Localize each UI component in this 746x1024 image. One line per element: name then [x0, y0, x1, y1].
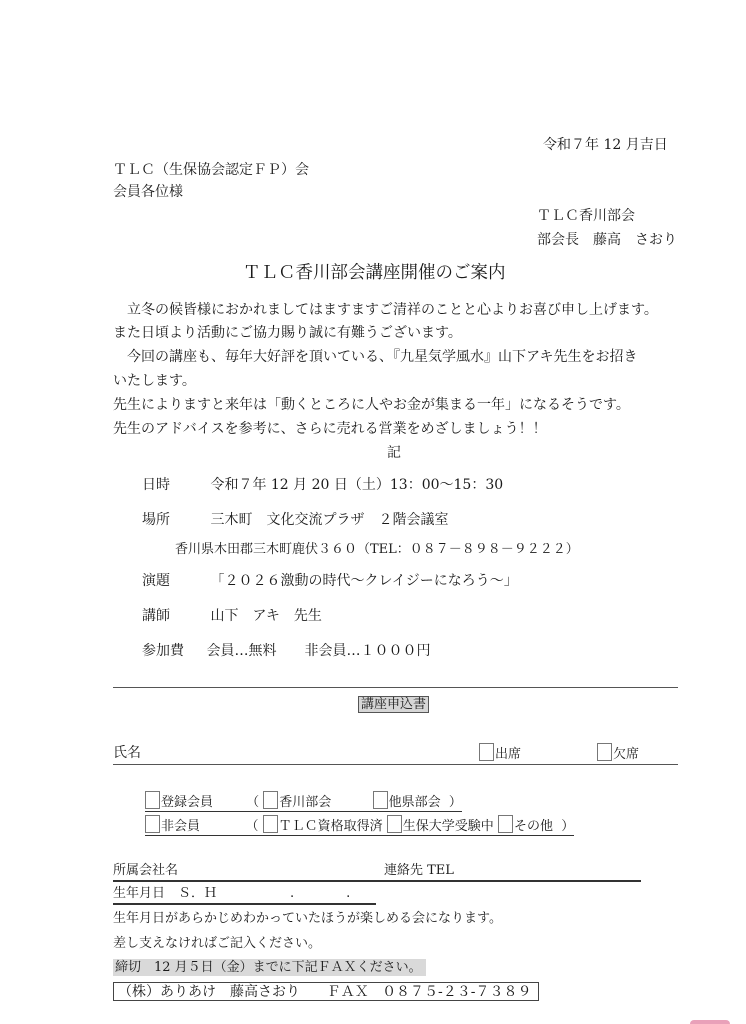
nonmember-checkbox[interactable]: [145, 815, 160, 833]
place-value: 三木町 文化交流プラザ ２階会議室: [210, 512, 448, 528]
registered-member-label: 登録会員: [161, 795, 213, 810]
registered-member-option[interactable]: 登録会員 （ 香川部会 他県部会 ）: [145, 795, 462, 812]
nonmember-row: 非会員 （ ＴＬＣ資格取得済 生保大学受験中 その他 ）: [145, 815, 574, 835]
datetime-value: 令和７年 12 月 20 日（土）13：00～15：30: [210, 477, 503, 493]
ki-notation: 記: [387, 444, 401, 462]
body-line-1: 立冬の候皆様におかれましてはますますご清祥のことと心よりお喜び申し上げます。: [113, 301, 658, 319]
body-line-5: 先生によりますと来年は「動くところに人やお金が集まる一年」になるそうです。: [113, 396, 630, 414]
deadline-text: 締切 12 月５日（金）までに下記ＦＡＸください。: [113, 959, 426, 976]
other-label: その他: [514, 819, 553, 834]
absent-option[interactable]: 欠席: [597, 743, 639, 763]
company-label: 所属会社名: [113, 862, 178, 879]
paren-close: ）: [449, 795, 462, 810]
detail-address: 香川県木田郡三木町鹿伏３６０（TEL：０８７－８９８－９２２２）: [175, 541, 579, 558]
birthdate-label: 生年月日 Ｓ．Ｈ: [113, 885, 217, 902]
attend-checkbox[interactable]: [479, 743, 494, 761]
form-heading-label: 講座申込書: [358, 696, 429, 713]
kagawa-checkbox[interactable]: [263, 791, 278, 809]
fax-contact: （株）ありあけ 藤高さおり ＦＡＸ ０８７５-２３-７３８９: [113, 982, 539, 1001]
document-title: ＴＬＣ香川部会講座開催のご案内: [243, 262, 506, 284]
detail-lecturer: 講師 山下 アキ 先生: [142, 607, 322, 625]
fax-number: ０８７５-２３-７３８９: [382, 984, 531, 1000]
fee-label: 参加費: [142, 642, 202, 660]
recipient: 会員各位様: [113, 183, 183, 201]
place-label: 場所: [142, 511, 206, 529]
note-birthdate: 生年月日があらかじめわかっていたほうが楽しめる会になります。: [113, 910, 502, 927]
paren-open: （: [246, 795, 259, 810]
recipient-organization: ＴＬＣ（生保協会認定ＦＰ）会: [113, 161, 309, 179]
body-line-6: 先生のアドバイスを参考に、さらに売れる営業をめざしましょう！！: [113, 420, 547, 438]
absent-label: 欠席: [613, 747, 639, 762]
fax-recipient: （株）ありあけ 藤高さおり: [118, 984, 300, 1000]
nonmember-label: 非会員: [161, 819, 200, 834]
topic-label: 演題: [142, 572, 206, 590]
fax-contact-box: （株）ありあけ 藤高さおり ＦＡＸ ０８７５-２３-７３８９: [113, 983, 539, 1001]
name-label: 氏名: [113, 744, 141, 762]
member-row: 登録会員 （ 香川部会 他県部会 ）: [145, 791, 462, 811]
corner-mark: [690, 1020, 730, 1024]
birthdate-field[interactable]: [113, 903, 376, 905]
attend-label: 出席: [495, 747, 521, 762]
nonmember-option[interactable]: 非会員 （ ＴＬＣ資格取得済 生保大学受験中 その他 ）: [145, 819, 574, 836]
datetime-label: 日時: [142, 476, 206, 494]
insurance-univ-label: 生保大学受験中: [403, 819, 494, 834]
paren-open-2: （: [245, 819, 258, 834]
kagawa-label: 香川部会: [279, 795, 331, 810]
other-prefecture-label: 他県部会: [389, 795, 441, 810]
body-line-3: 今回の講座も、毎年大好評を頂いている、『九星気学風水』山下アキ先生をお招き: [113, 348, 637, 366]
fax-label: ＦＡＸ: [327, 984, 369, 1000]
insurance-univ-checkbox[interactable]: [387, 815, 402, 833]
company-tel-field[interactable]: [113, 880, 641, 882]
registered-member-checkbox[interactable]: [145, 791, 160, 809]
fee-value: 会員…無料 非会員…１０００円: [206, 643, 430, 659]
section-divider: [113, 687, 678, 688]
tel-label: 連絡先 TEL: [384, 862, 454, 879]
detail-fee: 参加費 会員…無料 非会員…１０００円: [142, 642, 430, 660]
attend-option[interactable]: 出席: [479, 743, 521, 763]
other-prefecture-checkbox[interactable]: [373, 791, 388, 809]
sender-name: 部会長 藤高 さおり: [537, 231, 677, 249]
detail-datetime: 日時 令和７年 12 月 20 日（土）13：00～15：30: [142, 476, 503, 494]
detail-topic: 演題 「２０２６激動の時代～クレイジーになろう～」: [142, 572, 518, 590]
issue-date: 令和７年 12 月吉日: [543, 136, 668, 154]
body-line-4: いたします。: [113, 372, 196, 390]
other-checkbox[interactable]: [498, 815, 513, 833]
paren-close-2: ）: [561, 819, 574, 834]
sender-organization: ＴＬＣ香川部会: [537, 207, 635, 225]
deadline-notice: 締切 12 月５日（金）までに下記ＦＡＸください。: [113, 959, 426, 976]
tlc-certified-checkbox[interactable]: [263, 815, 278, 833]
absent-checkbox[interactable]: [597, 743, 612, 761]
lecturer-value: 山下 アキ 先生: [210, 608, 321, 624]
note-optional: 差し支えなければご記入ください。: [113, 935, 321, 952]
detail-place: 場所 三木町 文化交流プラザ ２階会議室: [142, 511, 448, 529]
name-underline: [113, 764, 678, 765]
form-heading: 講座申込書: [358, 696, 429, 713]
topic-value: 「２０２６激動の時代～クレイジーになろう～」: [210, 573, 517, 589]
lecturer-label: 講師: [142, 607, 206, 625]
birthdate-separators: . .: [290, 885, 350, 902]
tlc-certified-label: ＴＬＣ資格取得済: [279, 819, 383, 834]
body-line-2: また日頃より活動にご協力賜り誠に有難うございます。: [113, 324, 462, 342]
